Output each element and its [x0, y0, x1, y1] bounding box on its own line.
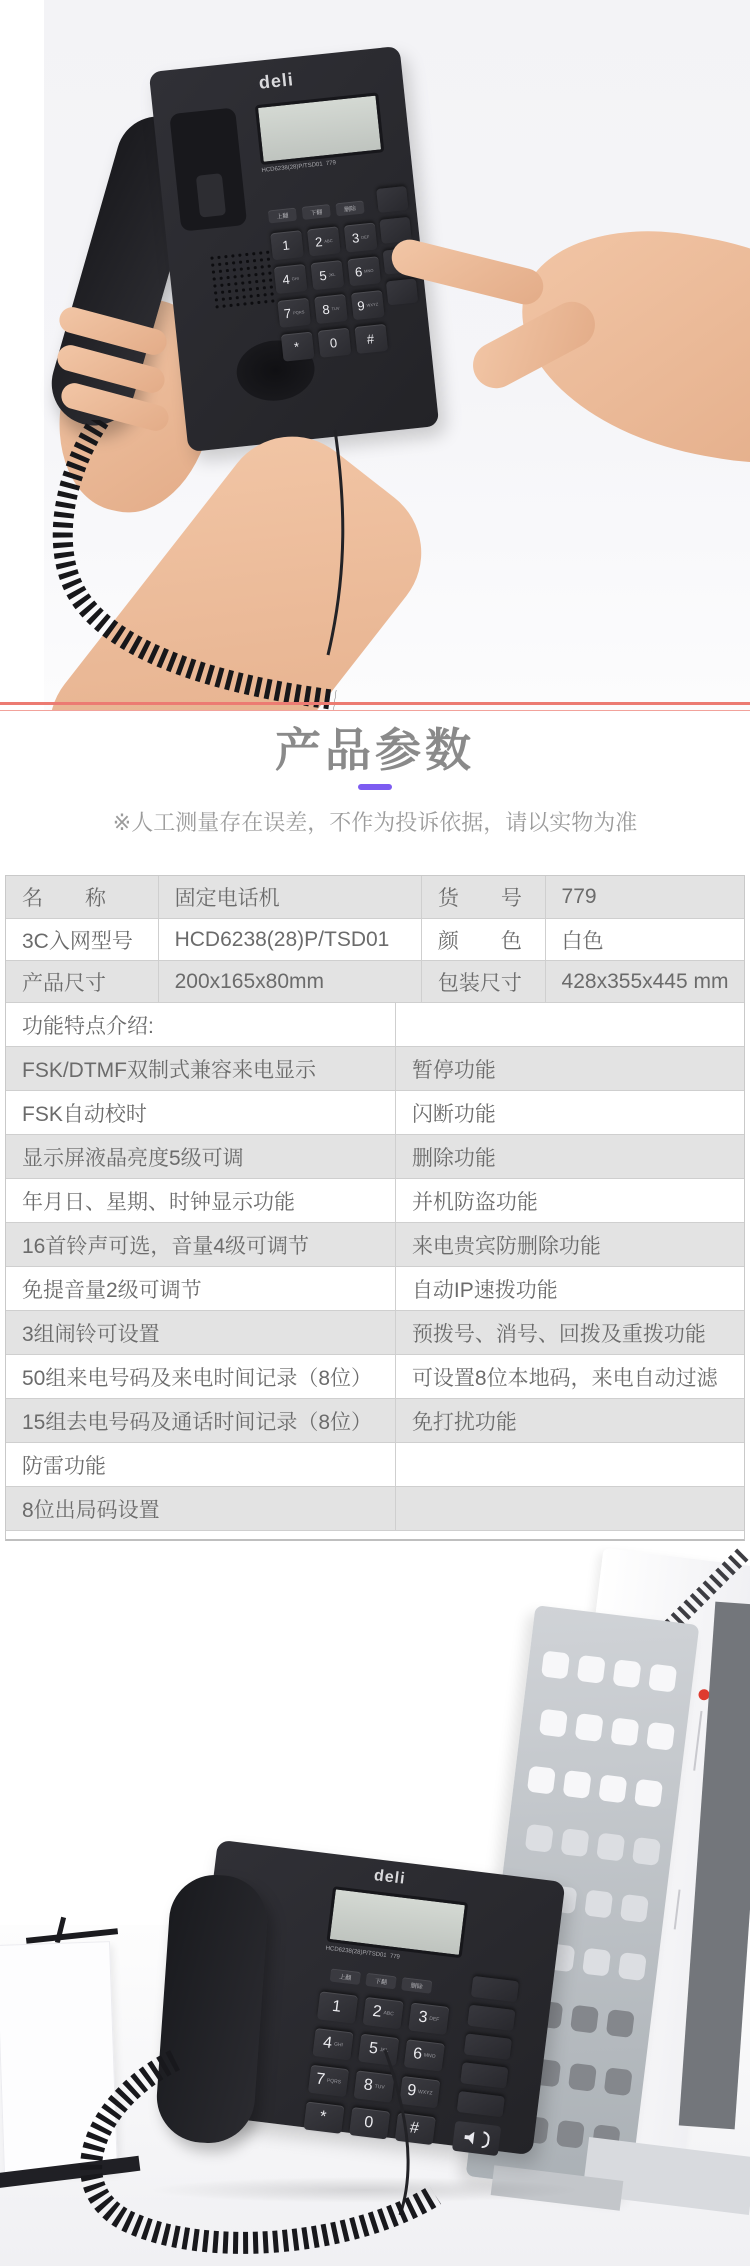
- key-letters: TUV: [331, 306, 339, 312]
- function-key: 上翻: [330, 1968, 361, 1985]
- organizer-hole: [563, 1770, 592, 1799]
- product-detail-page: deli HCD6238(28)P/TSD01 779 上翻下翻删除 12ABC…: [0, 0, 750, 2266]
- table-row: 免提音量2级可调节自动IP速拨功能: [6, 1266, 744, 1310]
- table-cell-feature: 3组闹铃可设置: [6, 1311, 395, 1354]
- function-key: 上翻: [268, 208, 297, 224]
- key-digit: 3: [417, 2009, 428, 2028]
- side-function-key: [376, 186, 408, 213]
- table-cell-label: 颜 色: [421, 919, 545, 960]
- organizer-hole: [561, 1828, 590, 1857]
- keypad-key-2: 2ABC: [307, 226, 341, 256]
- keypad-key-0: 0: [318, 328, 352, 358]
- section-title: 产品参数: [0, 714, 750, 780]
- table-cell-feature: 删除功能: [395, 1135, 744, 1178]
- keypad-key-1: 1: [317, 1991, 358, 2023]
- table-cell-feature: 免打扰功能: [395, 1399, 744, 1442]
- table-cell-label: 产品尺寸: [6, 961, 158, 1002]
- section-divider-line-thin: [0, 710, 750, 711]
- measurement-note: ※人工测量存在误差，不作为投诉依据，请以实物为准: [0, 806, 750, 837]
- spec-table: 名 称固定电话机货 号7793C入网型号HCD6238(28)P/TSD01颜 …: [5, 875, 745, 1541]
- key-letters: DEF: [361, 234, 369, 240]
- table-cell-feature: [395, 1003, 744, 1046]
- table-row: 显示屏液晶亮度5级可调删除功能: [6, 1134, 744, 1178]
- table-cell-value: HCD6238(28)P/TSD01: [158, 919, 421, 960]
- table-cell-label: 3C入网型号: [6, 919, 158, 960]
- key-digit: 6: [354, 264, 363, 280]
- organizer-hole: [556, 2120, 585, 2149]
- coiled-cord: [91, 2060, 435, 2243]
- function-key: 删除: [335, 200, 364, 216]
- table-cell-label: 包装尺寸: [421, 961, 545, 1002]
- key-digit: 9: [357, 298, 366, 314]
- table-cell-label: 货 号: [421, 876, 545, 918]
- organizer-hole: [634, 1779, 663, 1808]
- organizer-hole: [527, 1766, 556, 1795]
- table-cell-feature: 预拨号、消号、回拨及重拨功能: [395, 1311, 744, 1354]
- keypad-key-4: 4GHI: [274, 264, 308, 294]
- key-digit: 2: [372, 2003, 383, 2022]
- notebook-text-line: [693, 1711, 702, 1771]
- side-function-key: [467, 2005, 515, 2031]
- organizer-hole: [620, 1894, 649, 1923]
- table-cell-feature: [395, 1443, 744, 1486]
- key-digit: #: [366, 331, 375, 347]
- organizer-hole: [584, 1890, 613, 1919]
- function-key: 删除: [401, 1977, 432, 1994]
- table-cell-feature: [395, 1487, 744, 1530]
- handset-cradle: [169, 107, 247, 231]
- key-digit: *: [293, 339, 300, 354]
- keypad-key-5: 5JKL: [311, 260, 345, 290]
- side-function-key: [386, 278, 418, 305]
- table-cell-feature: 自动IP速拨功能: [395, 1267, 744, 1310]
- coiled-cord-illustration: [30, 420, 350, 710]
- table-cell-value: 白色: [545, 919, 744, 960]
- notebook-text-line: [674, 1890, 681, 1930]
- table-cell-feature: 显示屏液晶亮度5级可调: [6, 1135, 395, 1178]
- speaker-grille: [208, 249, 276, 311]
- organizer-hole: [606, 2009, 635, 2038]
- key-digit: 3: [351, 230, 360, 246]
- side-function-key: [471, 1976, 519, 2002]
- handset-wire: [328, 430, 343, 655]
- table-row: 年月日、星期、时钟显示功能并机防盗功能: [6, 1178, 744, 1222]
- title-underline-accent: [358, 784, 392, 790]
- table-cell-feature: 8位出局码设置: [6, 1487, 395, 1530]
- keypad-key-6: 6MNO: [347, 256, 381, 286]
- table-cell-value: 固定电话机: [158, 876, 421, 918]
- organizer-hole: [539, 1709, 568, 1738]
- table-cell-label: 名 称: [6, 876, 158, 918]
- table-row: 8位出局码设置: [6, 1486, 744, 1530]
- keypad-key-9: 9WXYZ: [351, 290, 385, 320]
- table-row: 3C入网型号HCD6238(28)P/TSD01颜 色白色: [6, 918, 744, 960]
- keypad-key-2: 2ABC: [363, 1997, 404, 2029]
- organizer-hole: [618, 1952, 647, 1981]
- product-photo-top: deli HCD6238(28)P/TSD01 779 上翻下翻删除 12ABC…: [0, 0, 750, 710]
- function-key-row: 上翻下翻删除: [330, 1968, 433, 1993]
- key-digit: 2: [314, 234, 323, 250]
- table-cell-feature: 闪断功能: [395, 1091, 744, 1134]
- organizer-hole: [582, 1948, 611, 1977]
- table-row: 产品尺寸200x165x80mm包装尺寸428x355x445 mm: [6, 960, 744, 1002]
- table-cell-feature: 年月日、星期、时钟显示功能: [6, 1179, 395, 1222]
- function-key-row: 上翻下翻删除: [268, 200, 365, 223]
- table-cell-feature: 功能特点介绍:: [6, 1003, 395, 1046]
- table-cell-feature: 防雷功能: [6, 1443, 395, 1486]
- table-cell-feature: 16首铃声可选，音量4级可调节: [6, 1223, 395, 1266]
- table-row: 15组去电号码及通话时间记录（8位）免打扰功能: [6, 1398, 744, 1442]
- organizer-hole: [604, 2067, 633, 2096]
- organizer-hole: [575, 1713, 604, 1742]
- cradle-hook: [196, 173, 226, 217]
- table-row: 50组来电号码及来电时间记录（8位）可设置8位本地码，来电自动过滤: [6, 1354, 744, 1398]
- table-cell-value: 200x165x80mm: [158, 961, 421, 1002]
- organizer-hole: [577, 1655, 606, 1684]
- key-digit: 1: [331, 1998, 342, 2017]
- organizer-hole: [525, 1824, 554, 1853]
- organizer-hole: [646, 1722, 675, 1751]
- key-digit: 4: [282, 272, 291, 288]
- table-row: 功能特点介绍:: [6, 1002, 744, 1046]
- table-row: 防雷功能: [6, 1442, 744, 1486]
- table-row: FSK/DTMF双制式兼容来电显示暂停功能: [6, 1046, 744, 1090]
- table-row: FSK自动校时闪断功能: [6, 1090, 744, 1134]
- organizer-hole: [568, 2063, 597, 2092]
- table-cell-feature: 50组来电号码及来电时间记录（8位）: [6, 1355, 395, 1398]
- organizer-hole: [610, 1717, 639, 1746]
- key-letters: ABC: [383, 2010, 394, 2017]
- keypad-key-*: *: [281, 332, 315, 362]
- organizer-hole: [541, 1650, 570, 1679]
- table-cell-feature: FSK自动校时: [6, 1091, 395, 1134]
- table-cell-feature: 15组去电号码及通话时间记录（8位）: [6, 1399, 395, 1442]
- organizer-hole: [570, 2005, 599, 2034]
- handset-wire: [385, 2050, 408, 2215]
- keypad-key-1: 1: [270, 230, 304, 260]
- table-cell-feature: 并机防盗功能: [395, 1179, 744, 1222]
- lcd-display: [255, 92, 385, 165]
- key-digit: 8: [322, 302, 331, 318]
- keypad-key-8: 8TUV: [314, 294, 348, 324]
- table-cell-feature: FSK/DTMF双制式兼容来电显示: [6, 1047, 395, 1090]
- key-digit: 7: [283, 306, 292, 322]
- key-letters: PQRS: [293, 309, 305, 315]
- key-letters: MNO: [364, 268, 374, 274]
- keypad: 12ABC3DEF4GHI5JKL6MNO7PQRS8TUV9WXYZ*0#: [270, 222, 389, 361]
- organizer-hole: [596, 1833, 625, 1862]
- keypad-key-#: #: [354, 324, 388, 354]
- key-letters: ABC: [324, 238, 333, 244]
- table-bottom-spacer: [6, 1530, 744, 1539]
- key-digit: 5: [319, 268, 328, 284]
- keypad-key-3: 3DEF: [408, 2003, 449, 2035]
- coiled-cord-illustration: [55, 2045, 485, 2260]
- table-row: 16首铃声可选，音量4级可调节来电贵宾防删除功能: [6, 1222, 744, 1266]
- key-digit: 0: [329, 335, 338, 351]
- product-photo-bottom: deli HCD6238(28)P/TSD01 779 上翻下翻删除 12ABC…: [0, 1545, 750, 2266]
- organizer-hole: [598, 1774, 627, 1803]
- table-cell-feature: 免提音量2级可调节: [6, 1267, 395, 1310]
- table-cell-value: 428x355x445 mm: [545, 961, 744, 1002]
- key-letters: DEF: [429, 2016, 440, 2023]
- table-cell-feature: 来电贵宾防删除功能: [395, 1223, 744, 1266]
- organizer-hole: [648, 1664, 677, 1693]
- section-divider-line: [0, 702, 750, 705]
- organizer-hole: [612, 1659, 641, 1688]
- table-cell-feature: 暂停功能: [395, 1047, 744, 1090]
- organizer-hole: [632, 1837, 661, 1866]
- function-key: 下翻: [365, 1973, 396, 1990]
- key-letters: GHI: [291, 276, 299, 282]
- table-cell-feature: 可设置8位本地码，来电自动过滤: [395, 1355, 744, 1398]
- keypad-key-3: 3DEF: [344, 222, 378, 252]
- table-row: 3组闹铃可设置预拨号、消号、回拨及重拨功能: [6, 1310, 744, 1354]
- key-digit: 1: [282, 237, 291, 253]
- key-letters: JKL: [328, 272, 335, 278]
- function-key: 下翻: [302, 204, 331, 220]
- table-cell-value: 779: [545, 876, 744, 918]
- key-letters: WXYZ: [366, 302, 378, 308]
- keypad-key-7: 7PQRS: [277, 298, 311, 328]
- coiled-cord: [63, 420, 335, 700]
- table-row: 名 称固定电话机货 号779: [6, 876, 744, 918]
